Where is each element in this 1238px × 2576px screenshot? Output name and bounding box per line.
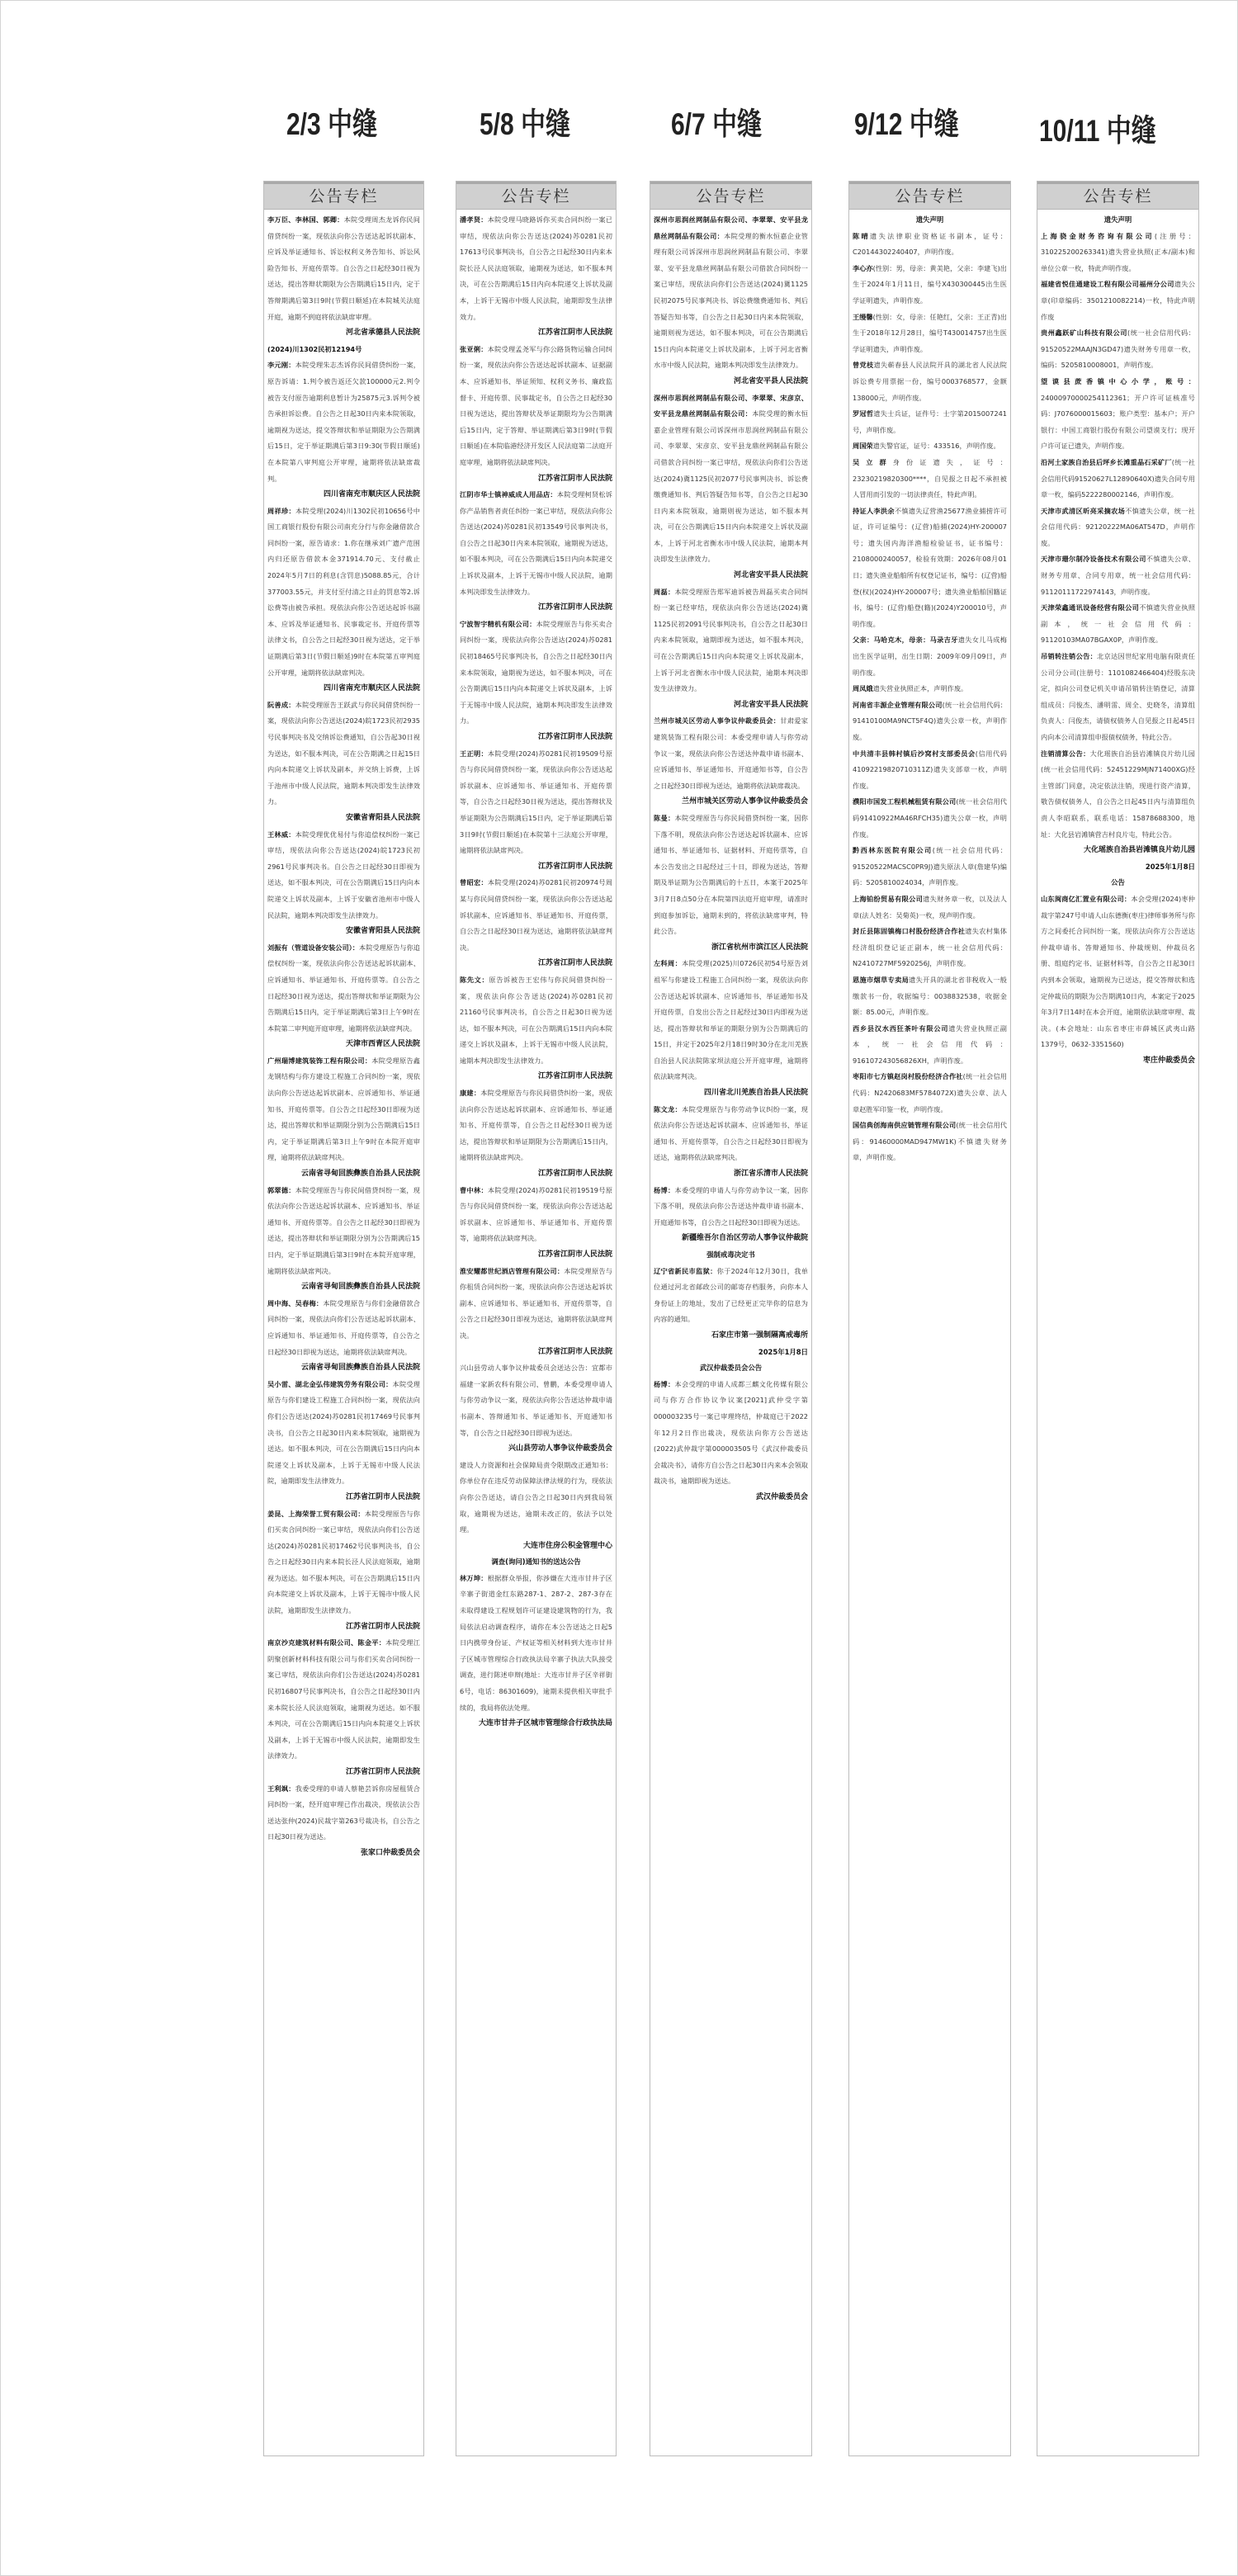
notice-item: 持证人李洪余不慎遗失辽营渔25677渔业捕捞许可证，许可证编号：(辽营)船捕(2… — [853, 503, 1007, 633]
notice-column-3: 公告专栏 深州市思润丝网制品有限公司、李翠翠、安平县龙鼎丝网制品有限公司：本院受… — [650, 181, 812, 2456]
notice-item: 沿河土家族自治县后坪乡长滩重晶石采矿厂(统一社会信用代码91520627L128… — [1041, 455, 1195, 503]
notice-item: 天津市武清区昕亮采摘农场不慎遗失公章，统一社会信用代码：92120222MA06… — [1041, 503, 1195, 552]
notice-addressee: 注销清算公告： — [1041, 749, 1090, 758]
notice-addressee: 阮善成： — [267, 701, 295, 709]
notice-addressee: 广州瑞博建筑装饰工程有限公司： — [267, 1056, 371, 1065]
notice-addressee: 姜昆、上海荣誉工贸有限公司： — [267, 1510, 365, 1518]
notice-addressee: 山东闽商亿汇置业有限公司： — [1041, 895, 1131, 903]
notice-text: 本院受理原告与你民间借贷纠纷一案，现依法向你公告送达起诉状副本、应诉通知书、举证… — [460, 1089, 612, 1161]
notice-signature: 浙江省杭州市滨江区人民法院 — [654, 940, 808, 957]
notice-item: 深州市思润丝网制品有限公司、李翠翠、宋彦京、安平县龙鼎丝网制品有限公司：本院受理… — [654, 390, 808, 569]
notice-text: 本院受理孟尧军与你公路货物运输合同纠纷一案，现依法向你公告送达起诉状副本、证据副… — [460, 345, 612, 466]
notice-item: 江阴市华士镇神威成人用品店：本院受理柯贤松诉你产品销售者责任纠纷一案已审结，现依… — [460, 487, 612, 600]
notice-addressee: 陈先文： — [460, 976, 489, 984]
notice-addressee: 康建： — [460, 1089, 480, 1097]
notice-text: 本院受理原告与你买卖合同纠纷一案，现依法向你公告送达(2024)苏0281民初1… — [460, 620, 612, 726]
column-body: 深州市思润丝网制品有限公司、李翠翠、安平县龙鼎丝网制品有限公司：本院受理的衡水恒… — [650, 210, 811, 1506]
notice-addressee: 上海铂纷贸易有限公司 — [853, 895, 923, 903]
notice-signature: 石家庄市第一强制隔离戒毒所 — [654, 1328, 808, 1345]
notice-signature: 安徽省青阳县人民法院 — [267, 811, 420, 827]
notice-signature: 安徽省青阳县人民法院 — [267, 924, 420, 940]
notice-addressee: 吊销转注销公告： — [1041, 652, 1097, 660]
notice-item: 周祥珍：本院受理(2024)川1302民初10656号中国工商银行股份有限公司南… — [267, 503, 420, 682]
notice-signature: 河北省承德县人民法院 — [267, 325, 420, 342]
notice-item: 福建省悦佳通建设工程有限公司福州分公司遗失公章(印章编码：35012100822… — [1041, 277, 1195, 325]
notice-addressee: 周磊： — [654, 588, 675, 596]
notice-addressee: 左科周： — [654, 959, 682, 967]
notice-column-5: 公告专栏 遗失声明上海骁金财务咨询有限公司(注册号：31022520026334… — [1037, 181, 1199, 2456]
notice-signature: 大连市住房公积金管理中心 — [460, 1539, 612, 1555]
notice-item: 河南省丰源企业管理有限公司(统一社会信用代码：91410100MA9NCT5F4… — [853, 697, 1007, 746]
notice-text: 原告诉被告王宏伟与你民间借贷纠纷一案，现依法向你公告送达(2024)苏0281民… — [460, 976, 612, 1065]
notice-addressee: 封丘县陈固镇梅口村股份经济合作社 — [853, 927, 965, 935]
notice-item: 左科周：本院受理(2025)川0726民初54号原告刘祖军与你建设工程施工合同纠… — [654, 956, 808, 1085]
notice-addressee: 兰州市城关区劳动人事争议仲裁委员会： — [654, 716, 780, 725]
notice-item: 杨博：本委受理的申请人与你劳动争议一案，因你下落不明，现依法向你公告送达仲裁申请… — [654, 1183, 808, 1231]
notice-column-2: 公告专栏 潘孝贤：本院受理马晓路诉你买卖合同纠纷一案已审结，现依法向你公告送达(… — [456, 181, 617, 2456]
notice-item: 陈先文：原告诉被告王宏伟与你民间借贷纠纷一案，现依法向你公告送达(2024)苏0… — [460, 972, 612, 1070]
notice-signature: 河北省安平县人民法院 — [654, 374, 808, 390]
notice-text: 本会受理的申请人成都三麒文化传媒有限公司与你方合作协议争议案[2021]武仲受字… — [654, 1380, 808, 1486]
notice-text: 本院受理江阴聚创新材料科技有限公司与你们买卖合同纠纷一案已审结，现依法向你们公告… — [267, 1638, 420, 1760]
notice-text: 遗失营业执照正本，声明作废。 — [873, 684, 968, 692]
notice-item: 黔西林东医院有限公司(统一社会信用代码：91520522MACSC0PR9J)遗… — [853, 843, 1007, 891]
notice-item: 李心亦(性别：男，母亲：黄美艳，父亲：李建飞)出生于2024年1月11日，编号X… — [853, 261, 1007, 310]
notice-item: 陈曼：本院受理原告与你民间借贷纠纷一案，因你下落不明，现依法向你公告送达起诉状副… — [654, 811, 808, 940]
notice-addressee: 恩施市烟草专卖局 — [853, 976, 909, 984]
notice-item: 广州瑞博建筑装饰工程有限公司：本院受理原告鑫龙钢结构与你方建设工程施工合同纠纷一… — [267, 1053, 420, 1166]
notice-signature: 云南省寻甸回族彝族自治县人民法院 — [267, 1166, 420, 1183]
notice-item: 李万臣、李林国、郭卿：本院受理周杰龙诉你民间借贷纠纷一案，现依法向你公告送达起诉… — [267, 212, 420, 325]
notice-item: 封丘县陈固镇梅口村股份经济合作社遗失农村集体经济组织登记证正副本，统一社会信用代… — [853, 924, 1007, 972]
notice-item: 曾党枝遗失蕲春县人民法院开具的湖北省人民法院诉讼费专用票据一份，编号000376… — [853, 357, 1007, 406]
notice-addressee: 中共清丰县韩村镇后沙窝村支部委员会 — [853, 749, 976, 758]
notice-item: 杨博：本会受理的申请人成都三麒文化传媒有限公司与你方合作协议争议案[2021]武… — [654, 1377, 808, 1490]
notice-addressee: 王正明： — [460, 749, 488, 758]
notice-addressee: 李元刚： — [267, 361, 295, 369]
page-header-6-7: 6/7 中缝 — [671, 98, 762, 144]
notice-signature: 四川省南充市顺庆区人民法院 — [267, 681, 420, 697]
case-number: (2024)川1302民初12194号 — [267, 342, 420, 358]
column-header: 公告专栏 — [456, 182, 616, 210]
notice-item: 山东闽商亿汇置业有限公司：本会受理(2024)枣仲裁字第247号申请人山东德衡(… — [1041, 891, 1195, 1053]
notice-item: 淮安耀都世纪酒店管理有限公司：本院受理原告与你租赁合同纠纷一案，现依法向你公告送… — [460, 1264, 612, 1345]
notice-signature: 云南省寻甸回族彝族自治县人民法院 — [267, 1360, 420, 1377]
notice-item: 刘振有（管道设备安装公司）：本院受理原告与你追偿权纠纷一案，现依法向你公告送达起… — [267, 940, 420, 1037]
notice-addressee: 天津荣鑫通讯设备经营有限公司 — [1041, 603, 1139, 612]
notice-text: 本院受理原告鑫龙钢结构与你方建设工程施工合同纠纷一案，现依法向你公告送达起诉状副… — [267, 1056, 420, 1162]
notice-item: 恩施市烟草专卖局遗失开具的湖北省非税收入一般缴款书一份，收据编号：0038832… — [853, 972, 1007, 1021]
notice-addressee: 李心亦 — [853, 264, 873, 272]
notice-title: 调查(询问)通知书的送达公告 — [460, 1554, 612, 1571]
notice-signature: 天津市西青区人民法院 — [267, 1037, 420, 1053]
notice-signature: 新疆维吾尔自治区劳动人事争议仲裁院 — [654, 1231, 808, 1247]
notice-text: 本院受理原告与你租赁合同纠纷一案，现依法向你公告送达起诉状副本、应诉通知书、举证… — [460, 1267, 612, 1340]
notice-text: 本院受理(2025)川0726民初54号原告刘祖军与你建设工程施工合同纠纷一案，… — [654, 959, 808, 1080]
notice-item: 李元刚：本院受理朱志杰诉你民间借贷纠纷一案，原告诉请：1.判令被告返还欠款100… — [267, 357, 420, 487]
notice-item: 周中海、吴春梅：本院受理原告与你们金融借款合同纠纷一案，现依法向你们公告送达起诉… — [267, 1296, 420, 1360]
notice-addressee: 杨博： — [654, 1380, 675, 1388]
notice-text: 24000970000254112361；开户许可证核准号码：J70760000… — [1041, 394, 1195, 451]
notice-addressee: 张亚俐： — [460, 345, 488, 353]
notice-text: 甘肃爱家建筑装饰工程有限公司：本委受理申请人与你劳动争议一案，现依法向你公告送达… — [654, 716, 808, 789]
notice-signature: 大化瑶族自治县岩滩镇良片幼儿园 — [1041, 843, 1195, 859]
notice-addressee: 贵州鑫跃矿山科技有限公司 — [1041, 328, 1127, 337]
notice-signature: 四川省北川羌族自治县人民法院 — [654, 1085, 808, 1102]
notice-item: 注销清算公告：大化瑶族自治县岩滩镇良片幼儿园(统一社会信用代码：52451229… — [1041, 746, 1195, 844]
notice-text: 本院受理的衡水恒嘉企业管理有限公司诉深州市思润丝网制品有限公司、李翠翠、安平县龙… — [654, 232, 808, 370]
notice-addressee: 杨博： — [654, 1186, 675, 1194]
notice-addressee: 吴小雷、湖北金弘伟建筑劳务有限公司： — [267, 1380, 393, 1388]
notice-text: 本委受理的申请人与你劳动争议一案，因你下落不明，现依法向你公告送达仲裁申请书副本… — [654, 1186, 808, 1227]
notice-item: 康建：本院受理原告与你民间借贷纠纷一案，现依法向你公告送达起诉状副本、应诉通知书… — [460, 1085, 612, 1166]
notice-signature: 江苏省江阴市人民法院 — [267, 1765, 420, 1781]
notice-addressee: 国信典创海南供应链管理有限公司 — [853, 1121, 956, 1129]
notice-signature: 江苏省江阴市人民法院 — [267, 1490, 420, 1506]
section-title: 遗失声明 — [853, 212, 1007, 229]
notice-addressee: 枣阳市七方镇赵岗村股份经济合作社 — [853, 1072, 963, 1080]
notice-text: 建设人力资源和社会保障局责令限期改正通知书：你单位存在违反劳动保障法律法规的行为… — [460, 1461, 612, 1534]
notice-item: 林万坤：根据群众举报，你涉嫌在大连市甘井子区辛寨子街道金红东路287-1、287… — [460, 1571, 612, 1716]
page-header-5-8: 5/8 中缝 — [480, 98, 570, 144]
notice-item: 宁波智宇精机有限公司：本院受理原告与你买卖合同纠纷一案，现依法向你公告送达(20… — [460, 617, 612, 730]
notice-item: 国信典创海南供应链管理有限公司(统一社会信用代码：91460000MAD947M… — [853, 1118, 1007, 1166]
notice-item: 王缦馨(性别：女，母亲：任艳红，父亲：王正青)出生于2018年12月28日，编号… — [853, 310, 1007, 358]
notice-item: 辽宁省新民市监狱：你于2024年12月30日，我单位通过河北省邮政公司的邮寄存档… — [654, 1264, 808, 1328]
notice-item: 周磊：本院受理原告郑军迪诉被告周磊买卖合同纠纷一案已经审结，现依法向你公告送达(… — [654, 584, 808, 697]
notice-signature: 浙江省乐清市人民法院 — [654, 1166, 808, 1183]
notice-addressee: 李万臣、李林国、郭卿： — [267, 215, 344, 224]
notice-signature: 云南省寻甸回族彝族自治县人民法院 — [267, 1279, 420, 1296]
notice-text: 遗失士兵证，证件号：士字第2015007241号，声明作废。 — [853, 409, 1007, 434]
notice-item: 枣阳市七方镇赵岗村股份经济合作社(统一社会信用代码：N2420683MF5784… — [853, 1069, 1007, 1118]
notice-item: 阮善成：本院受理原告王跃武与你民间借贷纠纷一案，现依法向你公告送达(2024)皖… — [267, 697, 420, 811]
notice-addressee: 刘振有（管道设备安装公司）： — [267, 943, 359, 952]
notice-text: 本院受理原告与你民间借贷纠纷一案，因你下落不明，现依法向你公告送达起诉状副本、应… — [654, 814, 808, 935]
notice-item: 吊销转注销公告：北京达因世纪家用电脑有限责任公司分公司(注册号：11010824… — [1041, 649, 1195, 746]
notice-signature: 大连市甘井子区城市管理综合行政执法局 — [460, 1716, 612, 1732]
notice-signature: 江苏省江阴市人民法院 — [460, 471, 612, 488]
notice-addressee: 曾昭宏： — [460, 878, 488, 886]
notice-signature: 江苏省江阴市人民法院 — [460, 600, 612, 617]
notice-signature: 四川省南充市顺庆区人民法院 — [267, 487, 420, 503]
notice-addressee: 持证人李洪余 — [853, 507, 895, 515]
notice-text: 本院受理的衡水恒嘉企业管理有限公司诉深州市思润丝网制品有限公司、李翠翠、宋彦京、… — [654, 409, 808, 563]
notice-addressee: 郭翠德： — [267, 1186, 295, 1194]
notice-text: 根据群众举报，你涉嫌在大连市甘井子区辛寨子街道金红东路287-1、287-2、2… — [460, 1574, 612, 1712]
notice-addressee: 福建省悦佳通建设工程有限公司福州分公司 — [1041, 280, 1174, 288]
notice-item: 吴立群身份证遗失，证号：23230219820300****，自见报之日起不承担… — [853, 455, 1007, 503]
notice-addressee: 潘孝贤： — [460, 215, 488, 224]
notice-text: 本院受理(2024)川1302民初10656号中国工商银行股份有限公司南充分行与… — [267, 507, 420, 677]
notice-addressee: 曾党枝 — [853, 361, 874, 369]
notice-signature: 江苏省江阴市人民法院 — [460, 1345, 612, 1361]
notice-addressee: 陈文龙： — [654, 1105, 682, 1113]
notice-item: 上海铂纷贸易有限公司遗失财务章一枚，以及法人章(法人姓名：吴菊英)一枚，现声明作… — [853, 891, 1007, 924]
notice-addressee: 周凤娥 — [853, 684, 873, 692]
notice-addressee: 周中海、吴春梅： — [267, 1299, 323, 1307]
column-body: 遗失声明上海骁金财务咨询有限公司(注册号：310225200263341)遗失营… — [1037, 210, 1198, 1069]
notice-addressee: 王林威： — [267, 830, 295, 839]
notice-addressee: 西乡县汉水西狂茶叶有限公司 — [853, 1024, 948, 1033]
notice-text: 本院受理优优易付与你追偿权纠纷一案已审结，现依法向你公告送达(2024)皖172… — [267, 830, 420, 919]
notice-addressee: 吴立群 — [853, 458, 893, 466]
notice-addressee: 天津市武清区昕亮采摘农场 — [1041, 507, 1125, 515]
column-header: 公告专栏 — [650, 182, 811, 210]
notice-text: 本院受理(2024)苏0281民初20974号周某与你民间借贷纠纷一案，现依法向… — [460, 878, 612, 951]
notice-item: 天津市珊尔制冷设备技术有限公司不慎遗失公章、财务专用章、合同专用章，统一社会信用… — [1041, 551, 1195, 600]
notice-text: 本院受理原告与你们买卖合同纠纷一案已审结，现依法向你们公告送达(2024)苏02… — [267, 1510, 420, 1615]
notice-date: 2025年1月8日 — [1041, 859, 1195, 876]
column-body: 遗失声明陈晴遗失法律职业资格证书副本，证号：C20144302240407，声明… — [849, 210, 1010, 1166]
notice-addressee: 望谟县蔗香镇中心小学，账号： — [1041, 377, 1195, 385]
notice-addressee: 淮安耀都世纪酒店管理有限公司： — [460, 1267, 564, 1275]
notice-signature: 枣庄仲裁委员会 — [1041, 1053, 1195, 1070]
notice-signature: 江苏省江阴市人民法院 — [460, 1069, 612, 1085]
notice-item: 兴山县劳动人事争议仲裁委员会送达公告：宜都市福建一家新农科有限公司、曾鹏，本委受… — [460, 1360, 612, 1441]
column-body: 李万臣、李林国、郭卿：本院受理周杰龙诉你民间借贷纠纷一案，现依法向你公告送达起诉… — [264, 210, 423, 1862]
notice-signature: 兴山县劳动人事争议仲裁委员会 — [460, 1441, 612, 1458]
notice-item: 父亲：马哈克木，母亲：马录吉牙遗失女儿马成梅出生医学证明，出生日期：2009年0… — [853, 632, 1007, 681]
notice-addressee: 林万坤： — [460, 1574, 488, 1582]
notice-addressee: 曹中林： — [460, 1186, 488, 1194]
notice-item: 王利飒：我委受理的申请人蔡艳芸诉你房屋租赁合同纠纷一案，经开庭审理已作出裁决，现… — [267, 1781, 420, 1846]
notice-text: 不慎遗失辽营渔25677渔业捕捞许可证，许可证编号：(辽营)船捕(2024)HY… — [853, 507, 1007, 628]
notice-text: 本院受理(2024)苏0281民初19509号原告与你民间借贷纠纷一案，现依法向… — [460, 749, 612, 855]
notice-item: 天津荣鑫通讯设备经营有限公司不慎遗失营业执照副本，统一社会信用代码：911201… — [1041, 600, 1195, 649]
notice-text: 本院受理周杰龙诉你民间借贷纠纷一案，现依法向你公告送达起诉状副本、应诉及举证通知… — [267, 215, 420, 321]
column-header: 公告专栏 — [1037, 182, 1198, 210]
notice-item: 西乡县汉水西狂茶叶有限公司遗失营业执照正副本，统一社会信用代码：91610724… — [853, 1021, 1007, 1070]
notice-text: 本会受理(2024)枣仲裁字第247号申请人山东德衡(枣庄)律师事务所与你方之间… — [1041, 895, 1195, 1048]
notice-text: 兴山县劳动人事争议仲裁委员会送达公告：宜都市福建一家新农科有限公司、曾鹏，本委受… — [460, 1364, 612, 1436]
notice-item: 建设人力资源和社会保障局责令限期改正通知书：你单位存在违反劳动保障法律法规的行为… — [460, 1458, 612, 1539]
notice-signature: 河北省安平县人民法院 — [654, 568, 808, 584]
notice-item: 濮阳市国发工程机械租赁有限公司(统一社会信用代码91410922MA46RFCH… — [853, 794, 1007, 843]
notice-addressee: 陈曼： — [654, 814, 675, 822]
notice-addressee: 天津市珊尔制冷设备技术有限公司 — [1041, 555, 1146, 563]
notice-addressee: 黔西林东医院有限公司 — [853, 846, 933, 854]
notice-addressee: 濮阳市国发工程机械租赁有限公司 — [853, 797, 956, 806]
notice-item: 南京沙克建筑材料有限公司、陈金平：本院受理江阴聚创新材料科技有限公司与你们买卖合… — [267, 1635, 420, 1765]
notice-text: 本院受理原告与你们建设工程施工合同纠纷一案，现依法向你们公告送达(2024)苏0… — [267, 1380, 420, 1486]
notice-item: 陈晴遗失法律职业资格证书副本，证号：C20144302240407，声明作废。 — [853, 229, 1007, 261]
notice-text: 本院受理原告与你们金融借款合同纠纷一案，现依法向你们公告送达起诉状副本、应诉通知… — [267, 1299, 420, 1356]
notice-text: (性别：女，母亲：任艳红，父亲：王正青)出生于2018年12月28日，编号T43… — [853, 313, 1007, 353]
notice-text: 本院受理柯贤松诉你产品销售者责任纠纷一案已审结，现依法向你公告送达(2024)苏… — [460, 490, 612, 596]
notice-text: 本院受理原告王跃武与你民间借贷纠纷一案，现依法向你公告送达(2024)皖1723… — [267, 701, 420, 806]
notice-addressee: 辽宁省新民市监狱： — [654, 1267, 717, 1275]
notice-item: 周凤娥遗失营业执照正本，声明作废。 — [853, 681, 1007, 697]
notice-addressee: 父亲：马哈克木，母亲：马录吉牙 — [853, 636, 958, 644]
notice-text: 本院受理原告与你追偿权纠纷一案，现依法向你公告送达起诉状副本、应诉通知书、举证通… — [267, 943, 420, 1033]
notice-item: 姜昆、上海荣誉工贸有限公司：本院受理原告与你们买卖合同纠纷一案已审结，现依法向你… — [267, 1506, 420, 1619]
notice-addressee: 河南省丰源企业管理有限公司 — [853, 701, 943, 709]
notice-signature: 河北省安平县人民法院 — [654, 697, 808, 714]
page-header-2-3: 2/3 中缝 — [286, 98, 377, 144]
column-body: 潘孝贤：本院受理马晓路诉你买卖合同纠纷一案已审结，现依法向你公告送达(2024)… — [456, 210, 616, 1732]
notice-item: 上海骁金财务咨询有限公司(注册号：310225200263341)遗失营业执照(… — [1041, 229, 1195, 277]
notice-title: 武汉仲裁委员会公告 — [654, 1360, 808, 1377]
notice-addressee: 南京沙克建筑材料有限公司、陈金平： — [267, 1638, 385, 1647]
notice-text: 遗失警官证，证号：433516，声明作废。 — [873, 442, 1000, 450]
notice-text: (性别：男，母亲：黄美艳，父亲：李建飞)出生于2024年1月11日，编号X430… — [853, 264, 1007, 305]
notice-signature: 江苏省江阴市人民法院 — [460, 325, 612, 342]
notice-item: 张亚俐：本院受理孟尧军与你公路货物运输合同纠纷一案，现依法向你公告送达起诉状副本… — [460, 342, 612, 471]
notice-item: 潘孝贤：本院受理马晓路诉你买卖合同纠纷一案已审结，现依法向你公告送达(2024)… — [460, 212, 612, 325]
page-header-10-11: 10/11 中缝 — [1039, 105, 1156, 150]
notice-signature: 江苏省江阴市人民法院 — [460, 1166, 612, 1183]
notice-item: 王林威：本院受理优优易付与你追偿权纠纷一案已审结，现依法向你公告送达(2024)… — [267, 827, 420, 924]
notice-column-4: 公告专栏 遗失声明陈晴遗失法律职业资格证书副本，证号：C201443022404… — [848, 181, 1011, 2456]
notice-text: 遗失蕲春县人民法院开具的湖北省人民法院诉讼费专用票据一份，编号000376857… — [853, 361, 1007, 401]
notice-item: 中共清丰县韩村镇后沙窝村支部委员会(信用代码41092219820710311Z… — [853, 746, 1007, 795]
notice-item: 贵州鑫跃矿山科技有限公司(统一社会信用代码：91520522MAAJN3GD47… — [1041, 325, 1195, 374]
notice-addressee: 周国荣 — [853, 442, 873, 450]
notice-item: 罗冠哲遗失士兵证，证件号：士字第2015007241号，声明作废。 — [853, 406, 1007, 438]
notice-signature: 江苏省江阴市人民法院 — [460, 859, 612, 876]
notice-item: 王正明：本院受理(2024)苏0281民初19509号原告与你民间借贷纠纷一案，… — [460, 746, 612, 859]
notice-addressee: 罗冠哲 — [853, 409, 873, 418]
notice-item: 陈文龙：本院受理原告与你劳动争议纠纷一案，现依法向你公告送达起诉状副本、应诉通知… — [654, 1102, 808, 1166]
notice-text: 北京达因世纪家用电脑有限责任公司分公司(注册号：110108246640​4)经… — [1041, 652, 1195, 741]
notice-addressee: 陈晴 — [853, 232, 870, 240]
notice-addressee: 王利飒： — [267, 1784, 295, 1793]
notice-signature: 兰州市城关区劳动人事争议仲裁委员会 — [654, 794, 808, 811]
notice-addressee: 宁波智宇精机有限公司： — [460, 620, 536, 628]
notice-title: 强制戒毒决定书 — [654, 1247, 808, 1264]
column-header: 公告专栏 — [264, 182, 423, 210]
notice-signature: 江苏省江阴市人民法院 — [460, 956, 612, 972]
notice-column-1: 公告专栏 李万臣、李林国、郭卿：本院受理周杰龙诉你民间借贷纠纷一案，现依法向你公… — [263, 181, 424, 2456]
notice-addressee: 沿河土家族自治县后坪乡长滩重晶石采矿厂 — [1041, 458, 1172, 466]
notice-addressee: 王缦馨 — [853, 313, 873, 321]
notice-item: 周国荣遗失警官证，证号：433516，声明作废。 — [853, 438, 1007, 455]
notice-signature: 江苏省江阴市人民法院 — [267, 1619, 420, 1636]
column-header: 公告专栏 — [849, 182, 1010, 210]
notice-text: 本院受理原告与你民间借贷纠纷一案，现依法向你公告送达起诉状副本、应诉通知书、举证… — [267, 1186, 420, 1275]
notice-text: 本院受理原告郑军迪诉被告周磊买卖合同纠纷一案已经审结，现依法向你公告送达(202… — [654, 588, 808, 693]
notice-item: 曾昭宏：本院受理(2024)苏0281民初20974号周某与你民间借贷纠纷一案，… — [460, 875, 612, 956]
section-title: 遗失声明 — [1041, 212, 1195, 229]
notice-signature: 江苏省江阴市人民法院 — [460, 1247, 612, 1264]
notice-item: 郭翠德：本院受理原告与你民间借贷纠纷一案，现依法向你公告送达起诉状副本、应诉通知… — [267, 1183, 420, 1280]
notice-item: 曹中林：本院受理(2024)苏0281民初19519号原告与你民间借贷纠纷一案，… — [460, 1183, 612, 1247]
notice-addressee: 江阴市华士镇神威成人用品店： — [460, 490, 557, 499]
notice-item: 兰州市城关区劳动人事争议仲裁委员会：甘肃爱家建筑装饰工程有限公司：本委受理申请人… — [654, 713, 808, 794]
notice-text: 大化瑶族自治县岩滩镇良片幼儿园(统一社会信用代码：52451229MJN714​… — [1041, 749, 1195, 839]
notice-item: 望谟县蔗香镇中心小学，账号：24000970000254112361；开户许可证… — [1041, 374, 1195, 455]
notice-text: 本院受理马晓路诉你买卖合同纠纷一案已审结，现依法向你公告送达(2024)苏028… — [460, 215, 612, 321]
notice-addressee: 上海骁金财务咨询有限公司 — [1041, 232, 1155, 240]
notice-item: 深州市思润丝网制品有限公司、李翠翠、安平县龙鼎丝网制品有限公司：本院受理的衡水恒… — [654, 212, 808, 374]
notice-text: 本院受理朱志杰诉你民间借贷纠纷一案，原告诉请：1.判令被告返还欠款100000元… — [267, 361, 420, 482]
notice-title: 公告 — [1041, 875, 1195, 891]
notice-item: 吴小雷、湖北金弘伟建筑劳务有限公司：本院受理原告与你们建设工程施工合同纠纷一案，… — [267, 1377, 420, 1490]
notice-text: 遗失法律职业资格证书副本，证号：C20144302240407，声明作废。 — [853, 232, 1007, 257]
notice-date: 2025年1月8日 — [654, 1345, 808, 1361]
page-header-9-12: 9/12 中缝 — [854, 98, 959, 144]
notice-addressee: 周祥珍： — [267, 507, 295, 515]
notice-signature: 江苏省江阴市人民法院 — [460, 730, 612, 746]
notice-signature: 张家口仲裁委员会 — [267, 1846, 420, 1862]
notice-signature: 武汉仲裁委员会 — [654, 1490, 808, 1506]
